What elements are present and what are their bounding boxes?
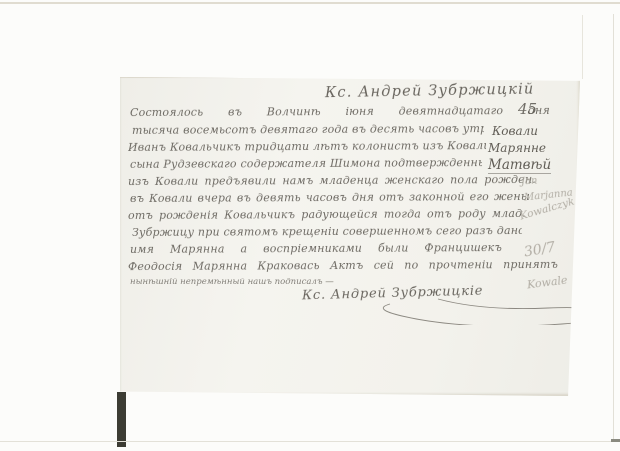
record-line: Иванъ Ковальчикъ тридцати лѣтъ колонистъ…	[128, 139, 486, 154]
scan-right-edge-line	[613, 14, 614, 440]
record-line: сына Рудзевскаго содержателя Шимона подт…	[130, 156, 482, 171]
margin-ink-name: Ковали	[492, 124, 538, 138]
scan-bottom-fold-line	[0, 441, 620, 442]
scanner-background: Кс. Андрей Зубржицкій 45 Состоялось въ В…	[0, 0, 620, 451]
record-line: тысяча восемьсотъ девятаго года въ десят…	[132, 122, 484, 137]
signature-flourish	[270, 289, 610, 325]
record-line: въ Ковали вчера въ девять часовъ дня отъ…	[130, 190, 530, 205]
record-heading: Кс. Андрей Зубржицкій	[325, 81, 575, 101]
record-line: изъ Ковали предъявили намъ младенца женс…	[128, 173, 536, 188]
margin-ink-name: Матвѣй	[488, 157, 551, 174]
scanner-top-edge-line	[0, 2, 620, 4]
closing-line: нынѣшній непремѣнный нашъ подписалъ —	[130, 277, 355, 287]
record-photo: Кс. Андрей Зубржицкій 45 Состоялось въ В…	[120, 77, 580, 396]
sheet-edge-line	[582, 15, 583, 79]
pencil-note: Jan	[521, 175, 538, 187]
record-line: Состоялось въ Волчинѣ іюня девятнадцатаг…	[130, 104, 550, 119]
record-line: имя Марянна а воспріемниками были Франци…	[130, 241, 502, 256]
record-line: Зубржицу при святомъ крещеніи совершенно…	[132, 224, 522, 239]
margin-ink-name: Марянне	[488, 141, 546, 155]
bottom-right-mark	[611, 439, 620, 442]
record-line: Феодосія Марянна Краковась Актъ сей по п…	[128, 258, 558, 273]
record-line: отъ рожденія Ковальчикъ радующейся тогда…	[128, 207, 526, 222]
film-edge-mark	[117, 392, 126, 447]
